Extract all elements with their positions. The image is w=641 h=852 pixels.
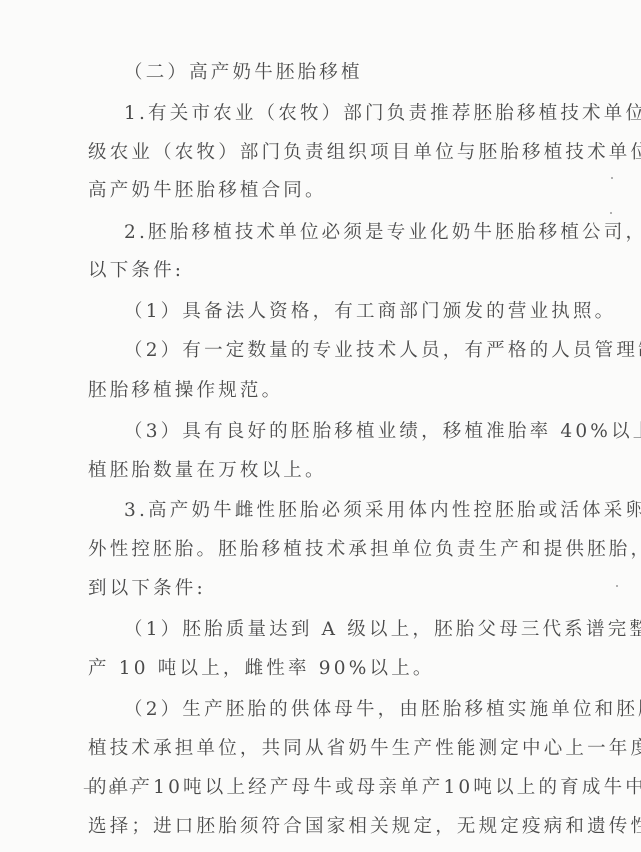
- paragraph-line: （2）生产胚胎的供体母牛，由胚胎移植实施单位和胚胎移: [124, 699, 574, 721]
- paragraph-line: 选择；进口胚胎须符合国家相关规定，无规定疫病和遗传性疾病。: [88, 816, 574, 838]
- paragraph-line: 植技术承担单位，共同从省奶牛生产性能测定中心上一年度公布: [88, 738, 574, 760]
- paragraph-line: 产 10 吨以上，雌性率 90%以上。: [88, 658, 574, 680]
- section-heading: （二）高产奶牛胚胎移植: [124, 62, 610, 84]
- paragraph-line: （1）胚胎质量达到 A 级以上，胚胎父母三代系谱完整，单: [124, 619, 574, 641]
- paragraph-line: 的单产10吨以上经产母牛或母亲单产10吨以上的育成牛中择优: [88, 777, 574, 799]
- paragraph-line: （2）有一定数量的专业技术人员，有严格的人员管理制度、: [124, 340, 574, 362]
- paragraph-line: 1.有关市农业（农牧）部门负责推荐胚胎移植技术单位，县: [124, 103, 574, 125]
- paragraph-line: 到以下条件:: [88, 578, 574, 600]
- paragraph-line: 外性控胚胎。胚胎移植技术承担单位负责生产和提供胚胎，并达: [88, 539, 574, 561]
- paragraph-line: （3）具有良好的胚胎移植业绩，移植准胎率 40%以上，移: [124, 421, 574, 443]
- scan-speck: [610, 212, 612, 214]
- paragraph-line: 以下条件:: [88, 260, 574, 282]
- paragraph-line: 高产奶牛胚胎移植合同。: [88, 180, 574, 202]
- paragraph-line: 3.高产奶牛雌性胚胎必须采用体内性控胚胎或活体采卵体: [124, 500, 574, 522]
- paragraph-line: （1）具备法人资格，有工商部门颁发的营业执照。: [124, 301, 574, 323]
- scan-speck: [611, 177, 613, 179]
- paragraph-line: 植胚胎数量在万枚以上。: [88, 460, 574, 482]
- scan-speck: [614, 548, 616, 550]
- document-page: （二）高产奶牛胚胎移植 1.有关市农业（农牧）部门负责推荐胚胎移植技术单位，县 …: [0, 0, 641, 852]
- scan-speck: [616, 585, 618, 587]
- paragraph-line: 2.胚胎移植技术单位必须是专业化奶牛胚胎移植公司，具备: [124, 222, 574, 244]
- paragraph-line: 级农业（农牧）部门负责组织项目单位与胚胎移植技术单位签订: [88, 142, 574, 164]
- page-number: － 8 －: [82, 778, 147, 799]
- paragraph-line: 胚胎移植操作规范。: [88, 380, 574, 402]
